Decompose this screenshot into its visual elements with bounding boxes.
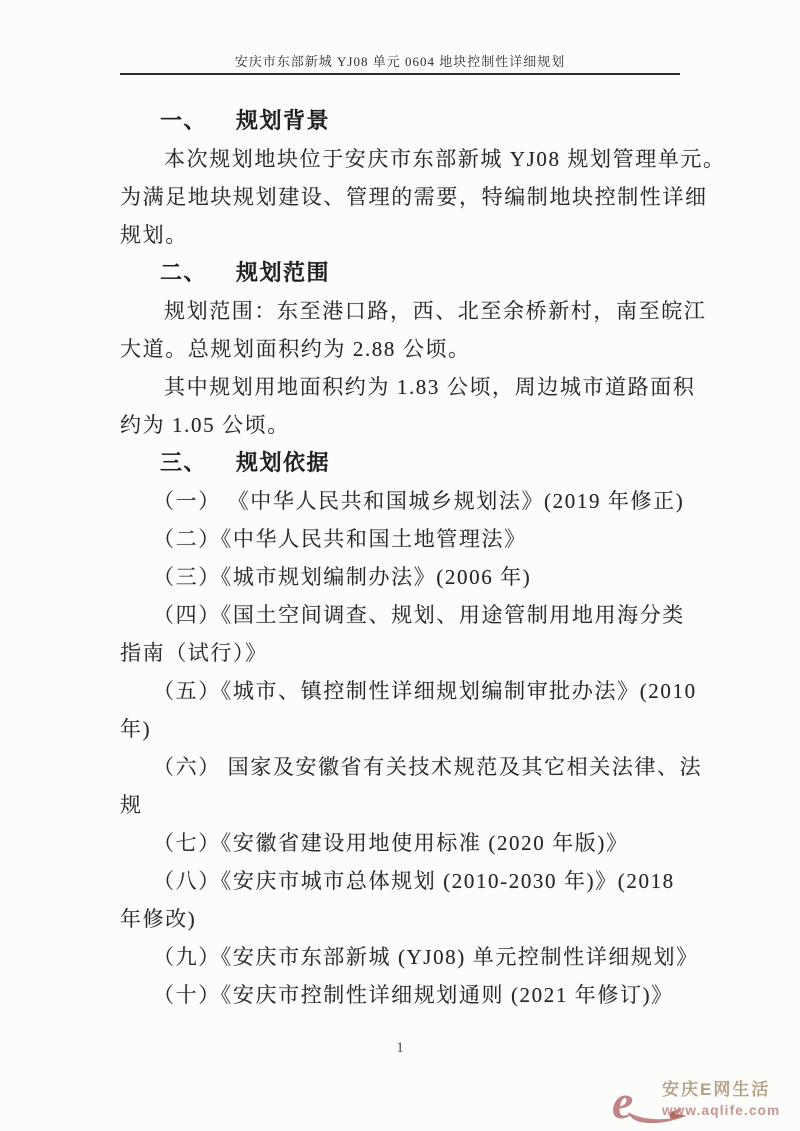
section-number: 二、 [160, 260, 207, 285]
watermark-site-url: www.aqlife.com [662, 1104, 780, 1118]
body-line: （九）《安庆市东部新城 (YJ08) 单元控制性详细规划》 [120, 938, 712, 976]
section-heading: 二、规划范围 [120, 254, 712, 292]
body-line: 年) [120, 710, 712, 748]
body-line: （七）《安徽省建设用地使用标准 (2020 年版)》 [120, 824, 712, 862]
site-watermark: e 安庆E网生活 www.aqlife.com [610, 1078, 795, 1128]
body-line: 规划范围：东至港口路，西、北至余桥新村，南至皖江 [120, 292, 712, 330]
section-title: 规划范围 [236, 260, 330, 285]
body-line: 规划。 [120, 216, 712, 254]
section-heading: 一、规划背景 [120, 102, 712, 140]
body-line: （六） 国家及安徽省有关技术规范及其它相关法律、法 [120, 748, 712, 786]
body-line: （八）《安庆市城市总体规划 (2010-2030 年)》(2018 [120, 862, 712, 900]
section-title: 规划依据 [236, 450, 330, 475]
section-heading: 三、规划依据 [120, 444, 712, 482]
body-line: （三）《城市规划编制办法》(2006 年) [120, 558, 712, 596]
body-line: （一） 《中华人民共和国城乡规划法》(2019 年修正) [120, 482, 712, 520]
page-header: 安庆市东部新城 YJ08 单元 0604 地块控制性详细规划 [120, 52, 680, 72]
body-line: 大道。总规划面积约为 2.88 公顷。 [120, 330, 712, 368]
body-line: （四）《国土空间调查、规划、用途管制用地用海分类 [120, 596, 712, 634]
body-line: 其中规划用地面积约为 1.83 公顷，周边城市道路面积 [120, 368, 712, 406]
watermark-site-name: 安庆E网生活 [662, 1081, 780, 1099]
body-line: 约为 1.05 公顷。 [120, 406, 712, 444]
document-body: 一、规划背景本次规划地块位于安庆市东部新城 YJ08 规划管理单元。为满足地块规… [120, 102, 712, 1014]
body-line: 规 [120, 786, 712, 824]
section-number: 三、 [160, 450, 207, 475]
header-title: 安庆市东部新城 YJ08 单元 0604 地块控制性详细规划 [235, 54, 565, 69]
document-page: 安庆市东部新城 YJ08 单元 0604 地块控制性详细规划 一、规划背景本次规… [0, 0, 800, 1131]
body-line: 指南（试行）》 [120, 634, 712, 672]
page-number: 1 [0, 1040, 800, 1057]
section-title: 规划背景 [236, 108, 330, 133]
watermark-text: 安庆E网生活 www.aqlife.com [662, 1081, 780, 1118]
body-line: 年修改) [120, 900, 712, 938]
body-line: 为满足地块规划建设、管理的需要，特编制地块控制性详细 [120, 178, 712, 216]
body-line: 本次规划地块位于安庆市东部新城 YJ08 规划管理单元。 [120, 140, 712, 178]
body-line: （五）《城市、镇控制性详细规划编制审批办法》(2010 [120, 672, 712, 710]
body-line: （二）《中华人民共和国土地管理法》 [120, 520, 712, 558]
header-rule [120, 73, 680, 75]
section-number: 一、 [160, 108, 207, 133]
body-line: （十）《安庆市控制性详细规划通则 (2021 年修订)》 [120, 976, 712, 1014]
e-logo-letter: e [612, 1078, 633, 1128]
